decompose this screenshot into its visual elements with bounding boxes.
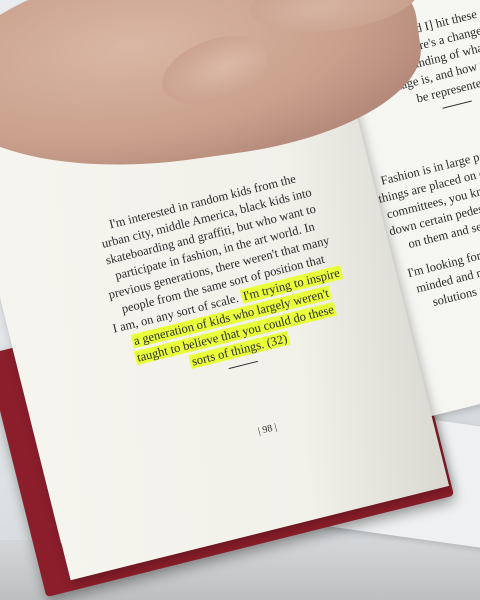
section-divider [229, 361, 258, 369]
section-divider [442, 100, 471, 108]
